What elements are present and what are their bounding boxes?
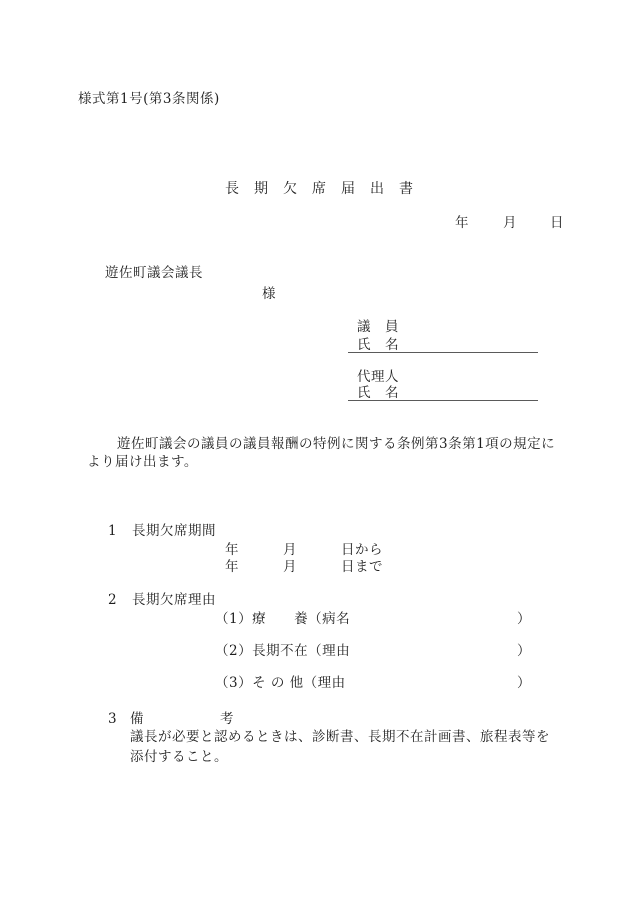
section3-number: 3 — [108, 712, 117, 728]
body-paragraph-line-2: より届け出ます。 — [87, 455, 198, 471]
proxy-role-label: 代理人 — [357, 370, 399, 386]
period-from-day-label: 日から — [341, 543, 383, 559]
member-name-underline — [348, 352, 538, 353]
section2-number: 2 — [108, 593, 117, 609]
body-paragraph-line-1: 遊佐町議会の議員の議員報酬の特例に関する条例第3条第1項の規定に — [87, 437, 555, 453]
notification-form-page: 様式第1号(第3条関係) 長期欠席届出書 年 月 日 遊佐町議会議長 様 議 員… — [0, 0, 630, 903]
period-to-day-label: 日まで — [341, 560, 383, 576]
period-from-month-label: 月 — [283, 543, 297, 559]
reason-item-long-absence-label: （2）長期不在（理由 — [215, 644, 350, 660]
section2-label: 長期欠席理由 — [132, 593, 216, 609]
period-from-year-label: 年 — [225, 543, 239, 559]
date-month-label: 月 — [503, 216, 517, 232]
reason-item-other-close-paren: ） — [517, 676, 531, 692]
document-title: 長期欠席届出書 — [225, 181, 428, 197]
date-year-label: 年 — [455, 216, 469, 232]
addressee-honorific: 様 — [262, 287, 276, 303]
reason-item-medical-label: （1）療 養（病名 — [215, 612, 350, 628]
period-to-month-label: 月 — [283, 560, 297, 576]
proxy-name-underline — [348, 400, 538, 401]
remarks-note-line-1: 議長が必要と認めるときは、診断書、長期不在計画書、旅程表等を — [130, 730, 550, 746]
section1-label: 長期欠席期間 — [132, 524, 216, 540]
member-role-label: 議 員 — [357, 320, 399, 336]
section3-label-right: 考 — [220, 712, 234, 728]
reason-item-long-absence-close-paren: ） — [517, 644, 531, 660]
form-number: 様式第1号(第3条関係) — [78, 92, 220, 108]
period-to-year-label: 年 — [225, 560, 239, 576]
section3-label-left: 備 — [130, 712, 144, 728]
addressee-name: 遊佐町議会議長 — [105, 266, 203, 282]
reason-item-medical-close-paren: ） — [517, 612, 531, 628]
date-day-label: 日 — [550, 216, 564, 232]
reason-item-other-label: （3）そ の 他（理由 — [215, 676, 346, 692]
section1-number: 1 — [108, 524, 117, 540]
remarks-note-line-2: 添付すること。 — [130, 750, 228, 766]
